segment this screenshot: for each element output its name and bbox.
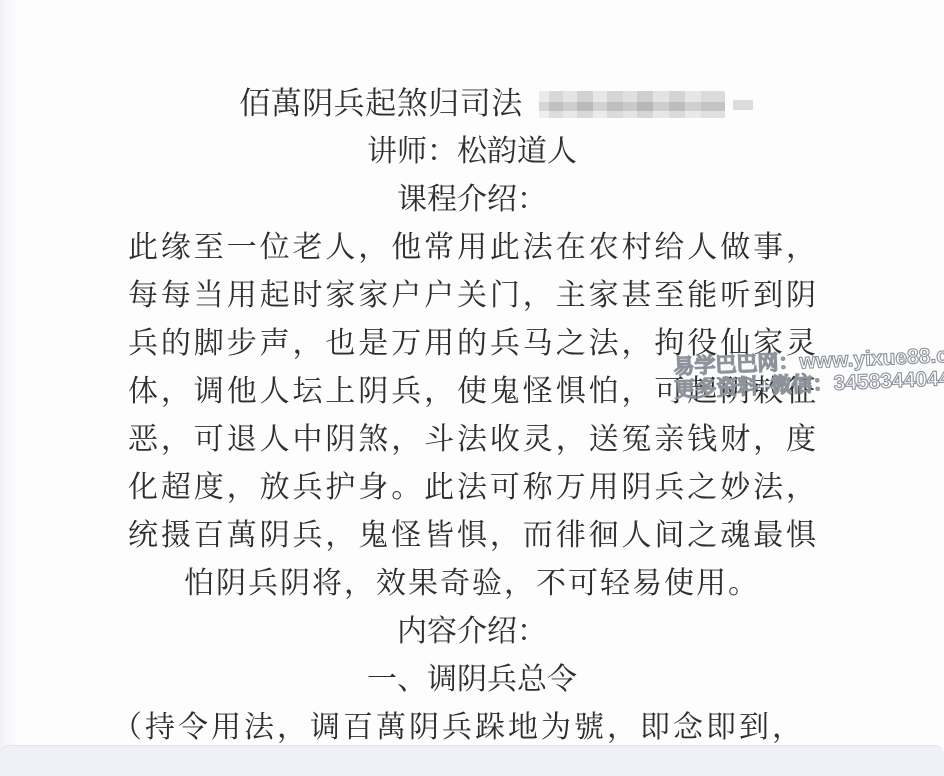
course-intro-line: 怕阴兵阴将，效果奇验，不可轻易使用。 [128,560,816,608]
course-intro-line: 每每当用起时家家户户关门，主家甚至能听到阴 [128,272,816,320]
title-row: 佰萬阴兵起煞归司法 [10,80,944,128]
section-one-title: 一、调阴兵总令 [0,656,944,704]
course-intro-line: 此缘至一位老人，他常用此法在农村给人做事， [128,224,816,272]
course-intro-line: 体，调他人坛上阴兵，使鬼怪惧怕，可起阴敕征 [128,368,816,416]
document-body: 佰萬阴兵起煞归司法 讲师：松韵道人 课程介绍： 此缘至一位老人，他常用此法在农村… [0,80,944,752]
censored-pixelation-block [539,91,725,118]
content-heading: 内容介绍： [0,608,944,656]
lecturer-line: 讲师：松韵道人 [0,128,944,176]
bottom-bar [0,745,944,776]
course-intro-line: 兵的脚步声，也是万用的兵马之法，拘役仙家灵 [128,320,816,368]
course-intro-heading: 课程介绍： [0,176,944,224]
document-page: 佰萬阴兵起煞归司法 讲师：松韵道人 课程介绍： 此缘至一位老人，他常用此法在农村… [0,0,944,776]
course-intro-line: 恶，可退人中阴煞，斗法收灵，送冤亲钱财，度 [128,416,816,464]
course-intro-line: 统摄百萬阴兵，鬼怪皆惧，而徘徊人间之魂最惧 [128,512,816,560]
course-intro-line: 化超度，放兵护身。此法可称万用阴兵之妙法， [128,464,816,512]
page-title: 佰萬阴兵起煞归司法 [239,80,523,128]
